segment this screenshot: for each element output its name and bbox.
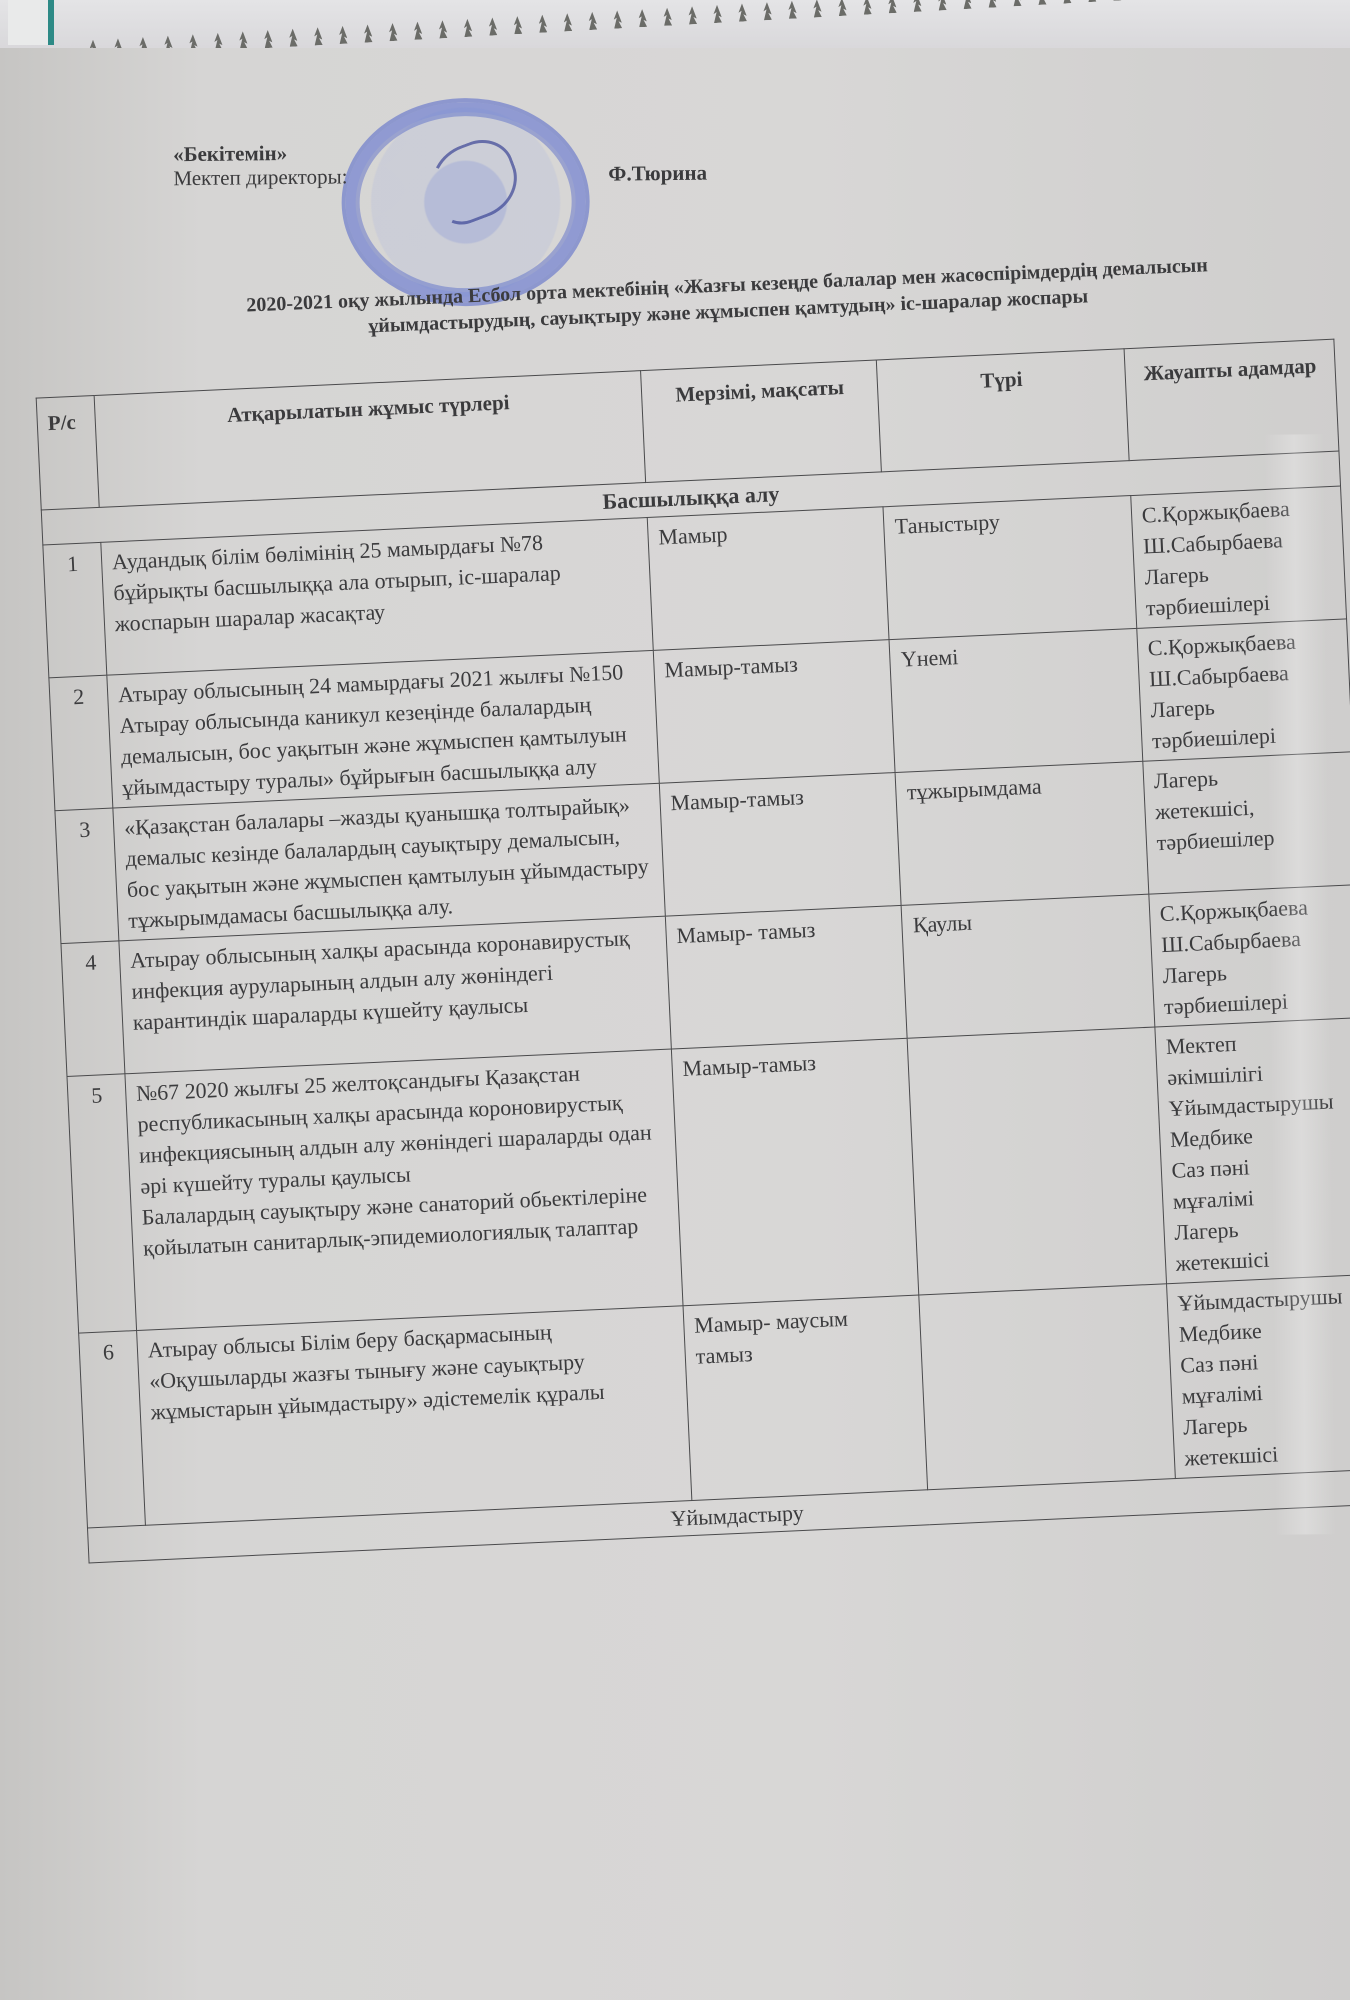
spiral-coil-icon bbox=[314, 27, 323, 45]
spiral-coil-icon bbox=[488, 17, 497, 35]
director-name: Ф.Тюрина bbox=[608, 161, 707, 186]
spiral-coil-icon bbox=[788, 1, 797, 19]
binder-edge bbox=[8, 0, 54, 45]
spiral-coil-icon bbox=[1062, 0, 1071, 4]
responsible-persons: Лагерьжетекшісі,тәрбиешілер bbox=[1142, 752, 1350, 894]
spiral-coil-icon bbox=[438, 20, 447, 38]
activity-type: Қаулы bbox=[902, 894, 1155, 1038]
spiral-coil-icon bbox=[339, 26, 348, 44]
director-position: Мектеп директоры: bbox=[173, 164, 347, 190]
header-date: Мерзімі, мақсаты bbox=[640, 360, 881, 483]
work-description: №67 2020 жылғы 25 желтоқсандығы Қазақста… bbox=[125, 1049, 683, 1331]
activity-type: тұжырымдама bbox=[895, 761, 1148, 905]
spiral-coil-icon bbox=[638, 9, 647, 27]
spiral-coil-icon bbox=[688, 6, 697, 24]
spiral-coil-icon bbox=[913, 0, 922, 12]
approval-label: «Бекітемін» bbox=[173, 140, 347, 166]
header-type: Түрі bbox=[877, 349, 1129, 472]
spiral-coil-icon bbox=[513, 16, 522, 34]
responsible-persons: С.ҚоржықбаеваШ.СабырбаеваЛагерьтәрбиешіл… bbox=[1148, 885, 1350, 1027]
activity-type bbox=[908, 1027, 1167, 1295]
deadline: Мамыр-тамыз bbox=[653, 640, 895, 784]
work-description: «Қазақстан балалары –жазды қуанышқа толт… bbox=[113, 783, 665, 941]
spiral-coil-icon bbox=[1038, 0, 1047, 5]
spiral-coil-icon bbox=[888, 0, 897, 13]
deadline: Мамыр bbox=[647, 507, 889, 651]
header-num: Р/с bbox=[36, 395, 99, 510]
responsible-persons: ҰйымдастырушыМедбикеСаз пәнімұғаліміЛаге… bbox=[1166, 1274, 1350, 1478]
deadline: Мамыр-тамыз bbox=[671, 1038, 919, 1305]
responsible-persons: С.ҚоржықбаеваШ.СабырбаеваЛагерьтәрбиешіл… bbox=[1130, 486, 1346, 628]
activity-type: Үнемі bbox=[889, 628, 1142, 772]
row-number: 2 bbox=[49, 675, 113, 810]
work-description: Атырау облысының халқы арасында коронави… bbox=[119, 916, 671, 1074]
spiral-coil-icon bbox=[713, 5, 722, 23]
row-number: 6 bbox=[79, 1331, 146, 1528]
work-description: Атырау облысының 24 мамырдағы 2021 жылғы… bbox=[107, 650, 659, 808]
deadline: Мамыр- маусым тамыз bbox=[683, 1295, 928, 1501]
row-number: 3 bbox=[55, 808, 119, 943]
row-number: 4 bbox=[61, 941, 125, 1076]
work-description: Атырау облысы Білім беру басқармасының «… bbox=[136, 1306, 691, 1526]
spiral-coil-icon bbox=[538, 14, 547, 32]
spiral-coil-icon bbox=[938, 0, 947, 11]
approval-block: «Бекітемін» Мектеп директоры: Ф.Тюрина bbox=[173, 140, 348, 190]
document-page: «Бекітемін» Мектеп директоры: Ф.Тюрина 2… bbox=[0, 34, 1350, 2000]
spiral-coil-icon bbox=[738, 3, 747, 21]
spiral-coil-icon bbox=[763, 2, 772, 20]
spiral-coil-icon bbox=[663, 7, 672, 25]
spiral-coil-icon bbox=[463, 19, 472, 37]
spiral-coil-icon bbox=[563, 13, 572, 31]
spiral-coil-icon bbox=[588, 12, 597, 30]
spiral-coil-icon bbox=[838, 0, 847, 16]
spiral-coil-icon bbox=[1013, 0, 1022, 6]
document-sheet: «Бекітемін» Мектеп директоры: Ф.Тюрина 2… bbox=[0, 48, 1350, 2000]
activity-type bbox=[919, 1284, 1175, 1490]
spiral-coil-icon bbox=[863, 0, 872, 15]
spiral-coil-icon bbox=[963, 0, 972, 9]
spiral-coil-icon bbox=[813, 0, 822, 18]
responsible-persons: С.ҚоржықбаеваШ.СабырбаеваЛагерьтәрбиешіл… bbox=[1136, 619, 1350, 761]
work-description: Аудандық білім бөлімінің 25 мамырдағы №7… bbox=[101, 518, 653, 676]
deadline: Мамыр- тамыз bbox=[665, 905, 907, 1049]
spiral-coil-icon bbox=[988, 0, 997, 8]
activity-plan-table: Р/с Атқарылатын жұмыс түрлері Мерзімі, м… bbox=[36, 339, 1350, 1564]
responsible-persons: МектепәкімшілігіҰйымдастырушыМедбикеСаз … bbox=[1154, 1017, 1350, 1283]
spiral-coil-icon bbox=[613, 10, 622, 28]
row-number: 1 bbox=[43, 542, 107, 677]
deadline: Мамыр-тамыз bbox=[659, 773, 901, 917]
header-responsible: Жауапты адамдар bbox=[1124, 339, 1339, 460]
activity-type: Таныстыру bbox=[883, 496, 1136, 640]
spiral-coil-icon bbox=[389, 23, 398, 41]
spiral-coil-icon bbox=[364, 24, 373, 42]
spiral-coil-icon bbox=[413, 21, 422, 39]
